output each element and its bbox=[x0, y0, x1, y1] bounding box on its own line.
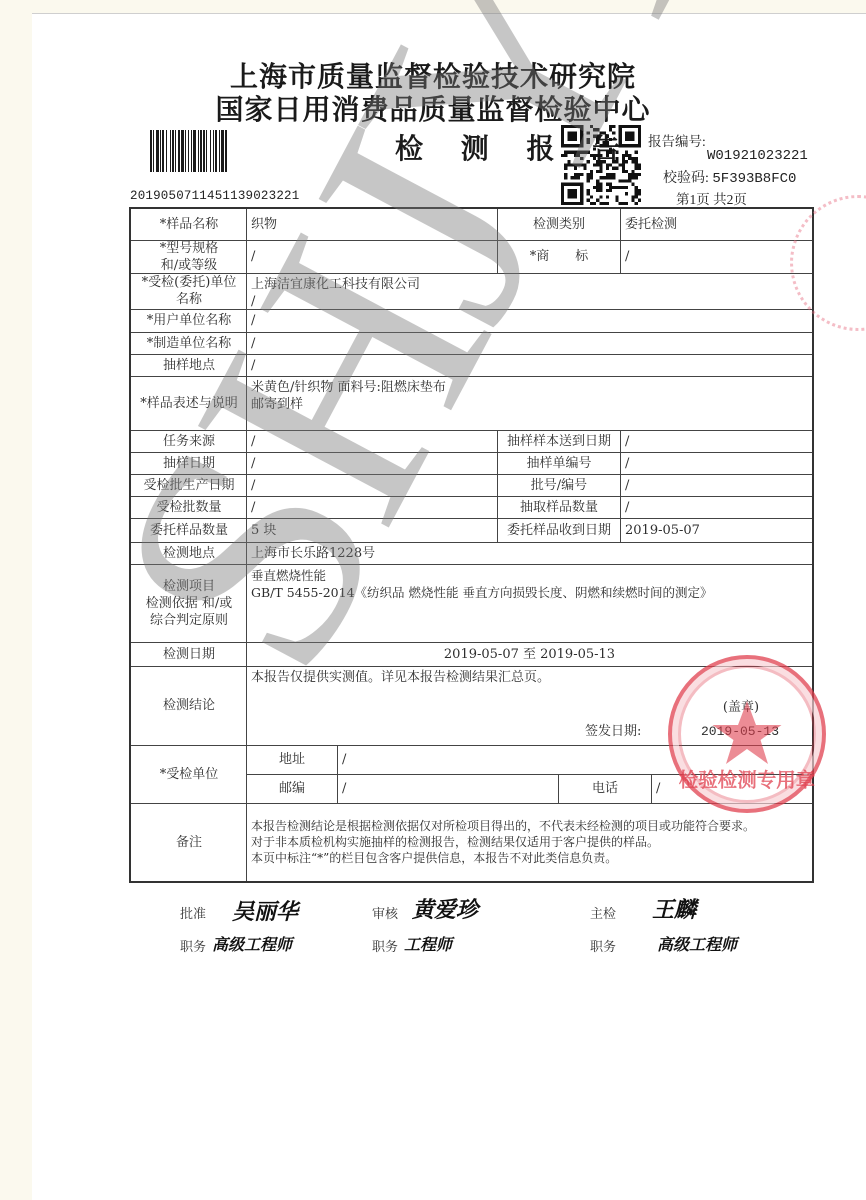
approve-title-label: 职务 bbox=[180, 936, 206, 955]
client-name-label: *受检(委托)单位 名称 bbox=[131, 273, 247, 309]
model-spec-label: *型号规格 和/或等级 bbox=[131, 240, 247, 273]
batch-qty-label: 受检批数量 bbox=[131, 496, 247, 518]
test-item: 垂直燃烧性能 bbox=[251, 567, 326, 584]
sampling-site-value: / bbox=[247, 354, 812, 376]
sample-delivery-date-value: / bbox=[621, 430, 812, 452]
task-source-label: 任务来源 bbox=[131, 430, 247, 452]
client-label-line1: *受检(委托)单位 bbox=[142, 274, 237, 291]
client-name-line2: / bbox=[251, 293, 255, 310]
report-number-label: 报告编号: bbox=[648, 130, 706, 150]
test-site-label: 检测地点 bbox=[131, 542, 247, 564]
remarks-label: 备注 bbox=[131, 803, 247, 881]
check-code-value: 5F393B8FC0 bbox=[712, 171, 796, 187]
entrusted-qty-label: 委托样品数量 bbox=[131, 518, 247, 542]
sample-description-value: 米黄色/针织物 面料号:阻燃床垫布 邮寄到样 bbox=[247, 376, 812, 430]
address-label: 地址 bbox=[247, 745, 337, 774]
seal-note: (盖章) bbox=[711, 699, 771, 717]
sample-delivery-date-label: 抽样样本送到日期 bbox=[498, 430, 620, 452]
sampling-date-label: 抽样日期 bbox=[131, 452, 247, 474]
inspector-signature: 王麟 bbox=[652, 893, 696, 924]
issue-date-label: 签发日期: bbox=[585, 723, 665, 741]
test-site-value: 上海市长乐路1228号 bbox=[247, 542, 812, 564]
trademark-label: *商 标 bbox=[498, 240, 620, 273]
qr-code-icon bbox=[561, 125, 641, 205]
issue-date-value: 2019-05-13 bbox=[701, 723, 791, 741]
sampling-date-value: / bbox=[247, 452, 497, 474]
sample-name-label: *样品名称 bbox=[131, 209, 247, 240]
conclusion-label: 检测结论 bbox=[131, 666, 247, 745]
remarks-line2: 对于非本质检机构实施抽样的检测报告，检测结果仅适用于客户提供的样品。 bbox=[251, 834, 659, 850]
remarks-line3: 本页中标注“*”的栏目包含客户提供信息，本报告不对此类信息负责。 bbox=[251, 850, 617, 866]
model-spec-label-line1: *型号规格 bbox=[160, 240, 219, 257]
sample-description-line2: 邮寄到样 bbox=[251, 396, 303, 413]
approve-label: 批准 bbox=[180, 903, 206, 922]
test-item-label: 检测项目 检测依据 和/或 综合判定原则 bbox=[131, 564, 247, 642]
production-date-value: / bbox=[247, 474, 497, 496]
manufacturer-value: / bbox=[247, 332, 812, 354]
user-unit-label: *用户单位名称 bbox=[131, 309, 247, 332]
barcode-icon bbox=[150, 130, 244, 172]
received-date-label: 委托样品收到日期 bbox=[498, 518, 620, 542]
model-spec-value: / bbox=[247, 240, 497, 273]
inspector-label: 主检 bbox=[590, 903, 616, 922]
sampling-no-value: / bbox=[621, 452, 812, 474]
check-code: 校验码: 5F393B8FC0 bbox=[663, 167, 796, 187]
approve-signature: 吴丽华 bbox=[232, 895, 298, 926]
sampling-no-label: 抽样单编号 bbox=[498, 452, 620, 474]
remarks-value: 本报告检测结论是根据检测依据仅对所检项目得出的，不代表未经检测的项目或功能符合要… bbox=[247, 803, 812, 881]
client-name-value: 上海洁宜康化工科技有限公司 / bbox=[247, 273, 812, 309]
report-number: W01921023221 bbox=[707, 148, 808, 164]
task-source-value: / bbox=[247, 430, 497, 452]
manufacturer-label: *制造单位名称 bbox=[131, 332, 247, 354]
sample-qty-drawn-value: / bbox=[621, 496, 812, 518]
test-item-value: 垂直燃烧性能 GB/T 5455-2014《纺织品 燃烧性能 垂直方向损毁长度、… bbox=[247, 564, 812, 642]
user-unit-value: / bbox=[247, 309, 812, 332]
batch-qty-value: / bbox=[247, 496, 497, 518]
test-item-label-line2: 检测依据 和/或 bbox=[146, 595, 233, 612]
address-value: / bbox=[338, 745, 812, 774]
sampling-site-label: 抽样地点 bbox=[131, 354, 247, 376]
sample-name-value: 织物 bbox=[247, 209, 497, 240]
test-category-value: 委托检测 bbox=[621, 209, 812, 240]
client-label-line2: 名称 bbox=[176, 291, 202, 308]
page-info: 第1页 共2页 bbox=[676, 188, 747, 208]
remarks-line1: 本报告检测结论是根据检测依据仅对所检项目得出的，不代表未经检测的项目或功能符合要… bbox=[251, 818, 755, 834]
organization-name-2: 国家日用消费品质量监督检验中心 bbox=[0, 88, 866, 128]
client-name: 上海洁宜康化工科技有限公司 bbox=[251, 276, 420, 293]
sample-qty-drawn-label: 抽取样品数量 bbox=[498, 496, 620, 518]
test-date-label: 检测日期 bbox=[131, 642, 247, 666]
received-date-value: 2019-05-07 bbox=[621, 518, 812, 542]
review-label: 审核 bbox=[372, 903, 398, 922]
inspector-title-label: 职务 bbox=[590, 936, 616, 955]
batch-no-value: / bbox=[621, 474, 812, 496]
production-date-label: 受检批生产日期 bbox=[131, 474, 247, 496]
entrusted-qty-value: 5 块 bbox=[247, 518, 497, 542]
model-spec-label-line2: 和/或等级 bbox=[161, 257, 217, 274]
report-table: *样品名称 织物 检测类别 委托检测 *型号规格 和/或等级 / *商 标 / … bbox=[129, 207, 814, 883]
test-category-label: 检测类别 bbox=[498, 209, 620, 240]
batch-no-label: 批号/编号 bbox=[498, 474, 620, 496]
barcode-number: 2019050711451139023221 bbox=[130, 189, 299, 203]
test-basis: GB/T 5455-2014《纺织品 燃烧性能 垂直方向损毁长度、阴燃和续燃时间… bbox=[251, 584, 713, 601]
test-item-label-line3: 综合判定原则 bbox=[150, 612, 228, 629]
test-item-label-line1: 检测项目 bbox=[163, 578, 215, 595]
phone-value: / bbox=[652, 774, 812, 803]
postcode-label: 邮编 bbox=[247, 774, 337, 803]
review-title: 工程师 bbox=[404, 932, 452, 955]
review-signature: 黄爱珍 bbox=[412, 893, 478, 924]
approve-title: 高级工程师 bbox=[212, 932, 292, 955]
phone-label: 电话 bbox=[559, 774, 651, 803]
inspector-title: 高级工程师 bbox=[657, 932, 737, 955]
trademark-value: / bbox=[621, 240, 812, 273]
sample-description-label: *样品表述与说明 bbox=[131, 376, 247, 430]
sample-description-line1: 米黄色/针织物 面料号:阻燃床垫布 bbox=[251, 379, 446, 396]
test-date-value: 2019-05-07 至 2019-05-13 bbox=[247, 642, 812, 666]
inspected-unit-label: *受检单位 bbox=[131, 745, 247, 803]
check-code-label: 校验码: bbox=[663, 171, 709, 186]
review-title-label: 职务 bbox=[372, 936, 398, 955]
postcode-value: / bbox=[338, 774, 558, 803]
